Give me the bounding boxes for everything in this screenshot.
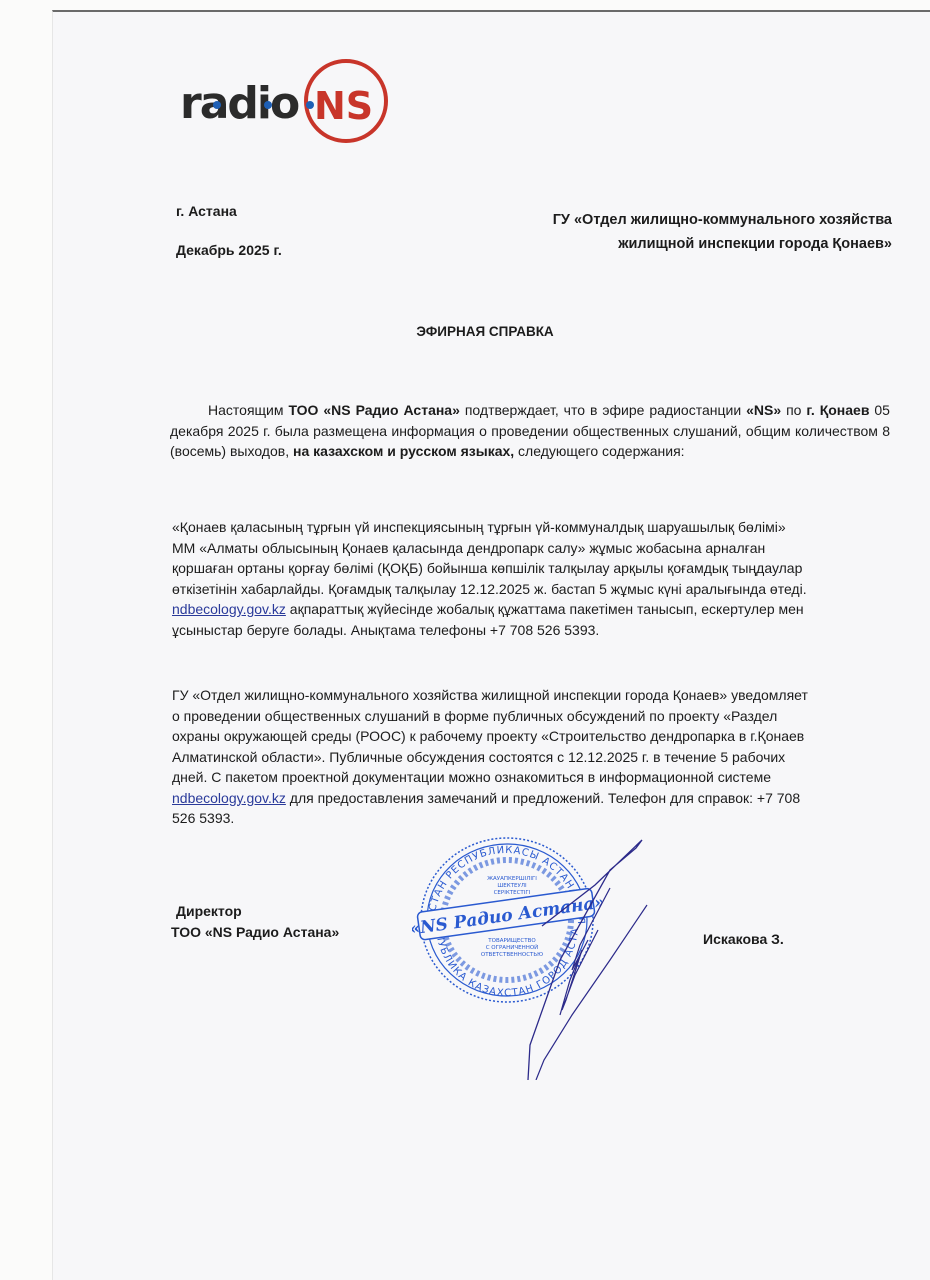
russian-line: дней. С пакетом проектной документации м… [172, 767, 892, 788]
kazakh-line: ұсыныстар беруге болады. Анықтама телефо… [172, 620, 892, 641]
logo-ns-text: NS [314, 84, 373, 128]
intro-text: следующего содержания: [514, 443, 684, 459]
intro-text: Настоящим [208, 402, 288, 418]
kazakh-line: өткізетінін хабарлайды. Қоғамдық талқыла… [172, 579, 892, 600]
logo-radio-text: radio [180, 78, 299, 129]
addressee-line-2: жилищной инспекции города Қонаев» [553, 232, 892, 256]
kazakh-line: «Қонаев қаласының тұрғын үй инспекциясын… [172, 517, 892, 538]
intro-city: г. Қонаев [806, 402, 869, 418]
signatory-organization: ТОО «NS Радио Астана» [171, 924, 339, 940]
signatory-position: Директор [176, 903, 242, 919]
kazakh-line: қоршаған ортаны қорғау бөлімі (ҚОҚБ) бой… [172, 558, 892, 579]
intro-company: ТОО «NS Радио Астана» [288, 402, 459, 418]
kazakh-announcement: «Қонаев қаласының тұрғын үй инспекциясын… [172, 517, 892, 640]
document-title: ЭФИРНАЯ СПРАВКА [0, 324, 930, 339]
document-page [52, 10, 930, 1280]
russian-line: Алматинской области». Публичные обсужден… [172, 747, 892, 768]
russian-line-text: для предоставления замечаний и предложен… [286, 790, 800, 806]
city: г. Астана [176, 203, 237, 219]
russian-line: ndbecology.gov.kz для предоставления зам… [172, 788, 892, 809]
russian-announcement: ГУ «Отдел жилищно-коммунального хозяйств… [172, 685, 892, 829]
intro-text: по [781, 402, 806, 418]
intro-paragraph: Настоящим ТОО «NS Радио Астана» подтверж… [170, 400, 890, 462]
kazakh-line: ММ «Алматы облысының Қонаев қаласында де… [172, 538, 892, 559]
kazakh-line-text: ақпараттық жүйесінде жобалық құжаттама п… [286, 601, 804, 617]
russian-line: ГУ «Отдел жилищно-коммунального хозяйств… [172, 685, 892, 706]
intro-languages: на казахском и русском языках, [293, 443, 514, 459]
document-date: Декабрь 2025 г. [176, 242, 282, 258]
radio-ns-logo: radio NS [180, 56, 400, 146]
russian-line: 526 5393. [172, 808, 892, 829]
handwritten-signature [500, 830, 660, 1080]
intro-text: подтверждает, что в эфире радиостанции [460, 402, 746, 418]
kazakh-line: ndbecology.gov.kz ақпараттық жүйесінде ж… [172, 599, 892, 620]
russian-line: о проведении общественных слушаний в фор… [172, 706, 892, 727]
ndbecology-link[interactable]: ndbecology.gov.kz [172, 790, 286, 806]
addressee-line-1: ГУ «Отдел жилищно-коммунального хозяйств… [553, 208, 892, 232]
signatory-name: Искакова З. [703, 931, 784, 947]
addressee: ГУ «Отдел жилищно-коммунального хозяйств… [553, 208, 892, 256]
russian-line: охраны окружающей среды (РООС) к рабочем… [172, 726, 892, 747]
intro-station: «NS» [746, 402, 781, 418]
ndbecology-link[interactable]: ndbecology.gov.kz [172, 601, 286, 617]
